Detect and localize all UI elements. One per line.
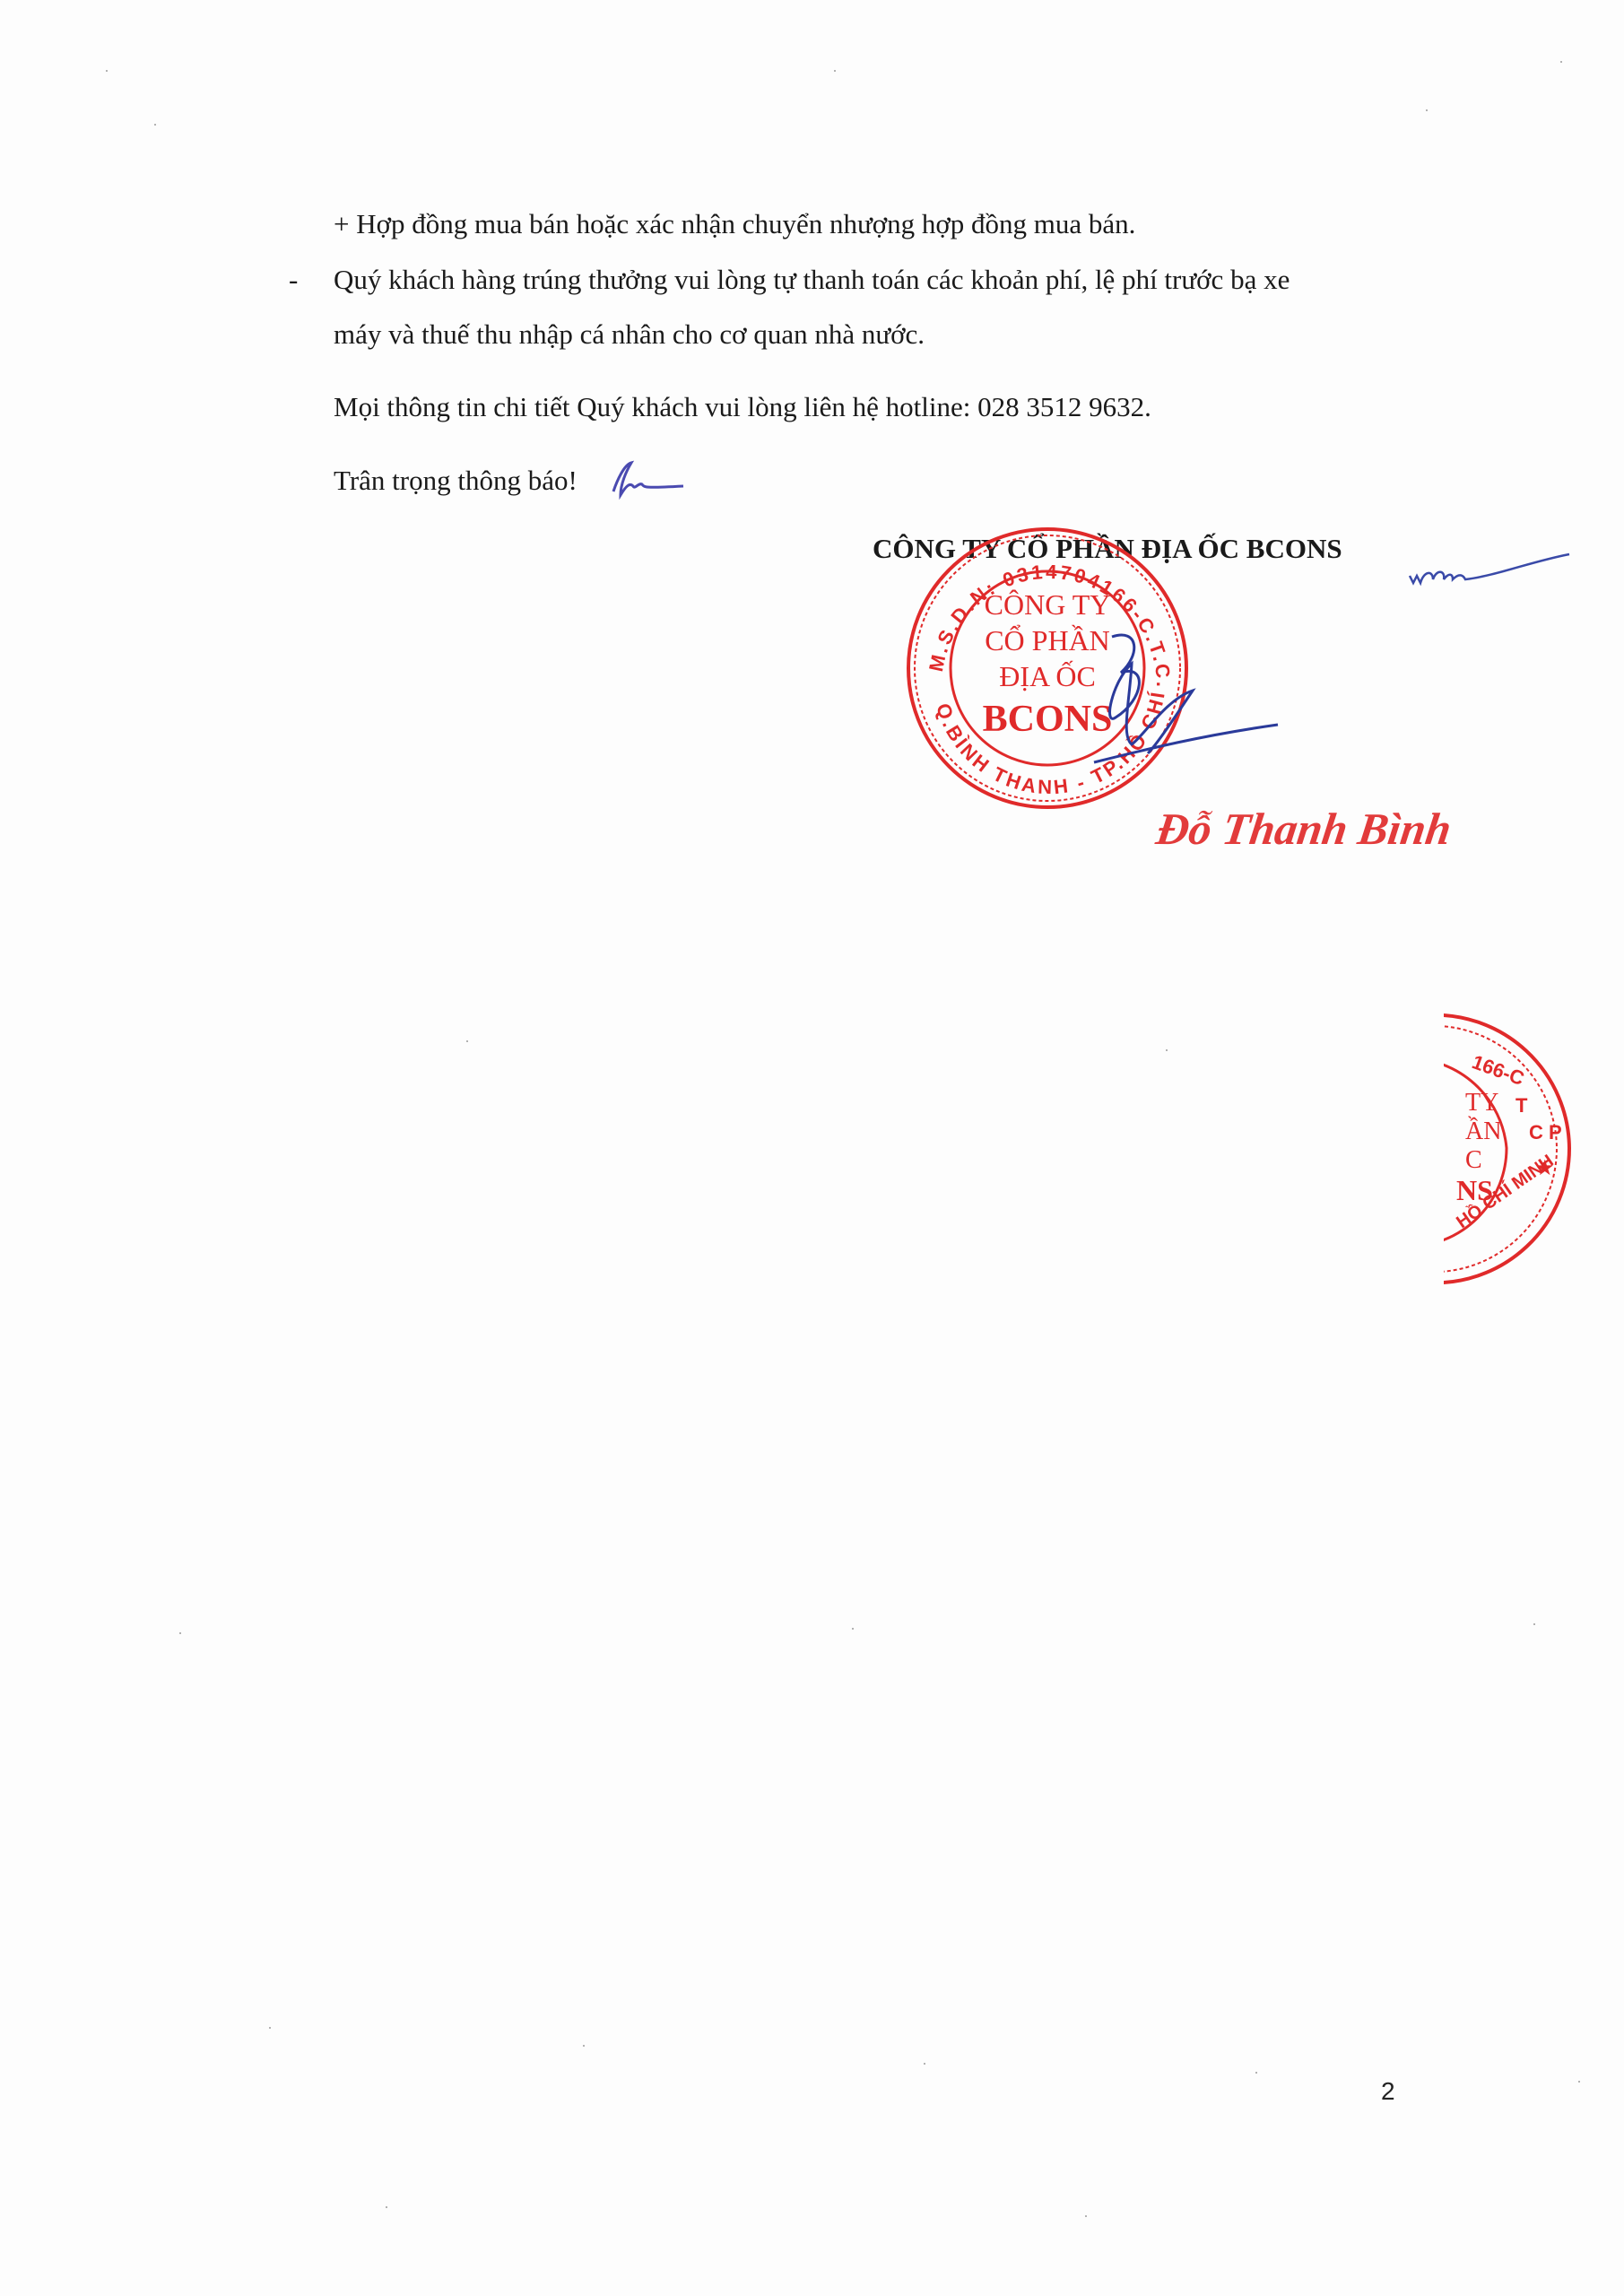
partial-seal-icon: 166-C T C P ★ HỒ CHÍ MINH TY ẦN C NS [1444, 1004, 1624, 1291]
scan-speck [179, 1632, 181, 1634]
fees-line-1: Quý khách hàng trúng thưởng vui lòng tự … [334, 264, 1290, 296]
scan-speck [466, 1040, 468, 1042]
svg-text:166-C: 166-C [1469, 1050, 1527, 1090]
initial-signature-icon [608, 456, 689, 500]
svg-text:T: T [1515, 1094, 1528, 1117]
contact-line: Mọi thông tin chi tiết Quý khách vui lòn… [334, 391, 1151, 423]
scan-speck [154, 124, 156, 126]
svg-text:CÔNG TY: CÔNG TY [985, 588, 1111, 621]
margin-signature-icon [1406, 549, 1576, 594]
signer-name: Đỗ Thanh Bình [1153, 803, 1455, 855]
scan-speck [834, 70, 836, 72]
svg-text:ẦN: ẦN [1465, 1117, 1501, 1145]
document-page: + Hợp đồng mua bán hoặc xác nhận chuyển … [0, 0, 1624, 2296]
scan-speck [1560, 61, 1562, 63]
scan-speck [1578, 2081, 1580, 2083]
scan-speck [1426, 109, 1428, 111]
director-signature-icon [1058, 628, 1291, 771]
scan-speck [924, 2063, 925, 2065]
scan-speck [106, 70, 108, 72]
fees-line-2: máy và thuế thu nhập cá nhân cho cơ quan… [334, 318, 925, 351]
contract-line: + Hợp đồng mua bán hoặc xác nhận chuyển … [334, 208, 1135, 240]
scan-speck [386, 2206, 387, 2208]
scan-speck [1255, 2072, 1257, 2074]
svg-text:TY: TY [1465, 1089, 1498, 1117]
closing-line: Trân trọng thông báo! [334, 465, 578, 497]
svg-text:NS: NS [1456, 1174, 1493, 1206]
scan-speck [852, 1628, 854, 1630]
bullet-dash: - [289, 264, 298, 296]
svg-text:C P: C P [1529, 1121, 1562, 1144]
scan-speck [1085, 2215, 1087, 2217]
scan-speck [1533, 1623, 1535, 1625]
scan-speck [269, 2027, 271, 2029]
scan-speck [1166, 1049, 1168, 1051]
svg-text:C: C [1465, 1146, 1482, 1174]
scan-speck [583, 2045, 585, 2047]
page-number: 2 [1381, 2077, 1395, 2106]
